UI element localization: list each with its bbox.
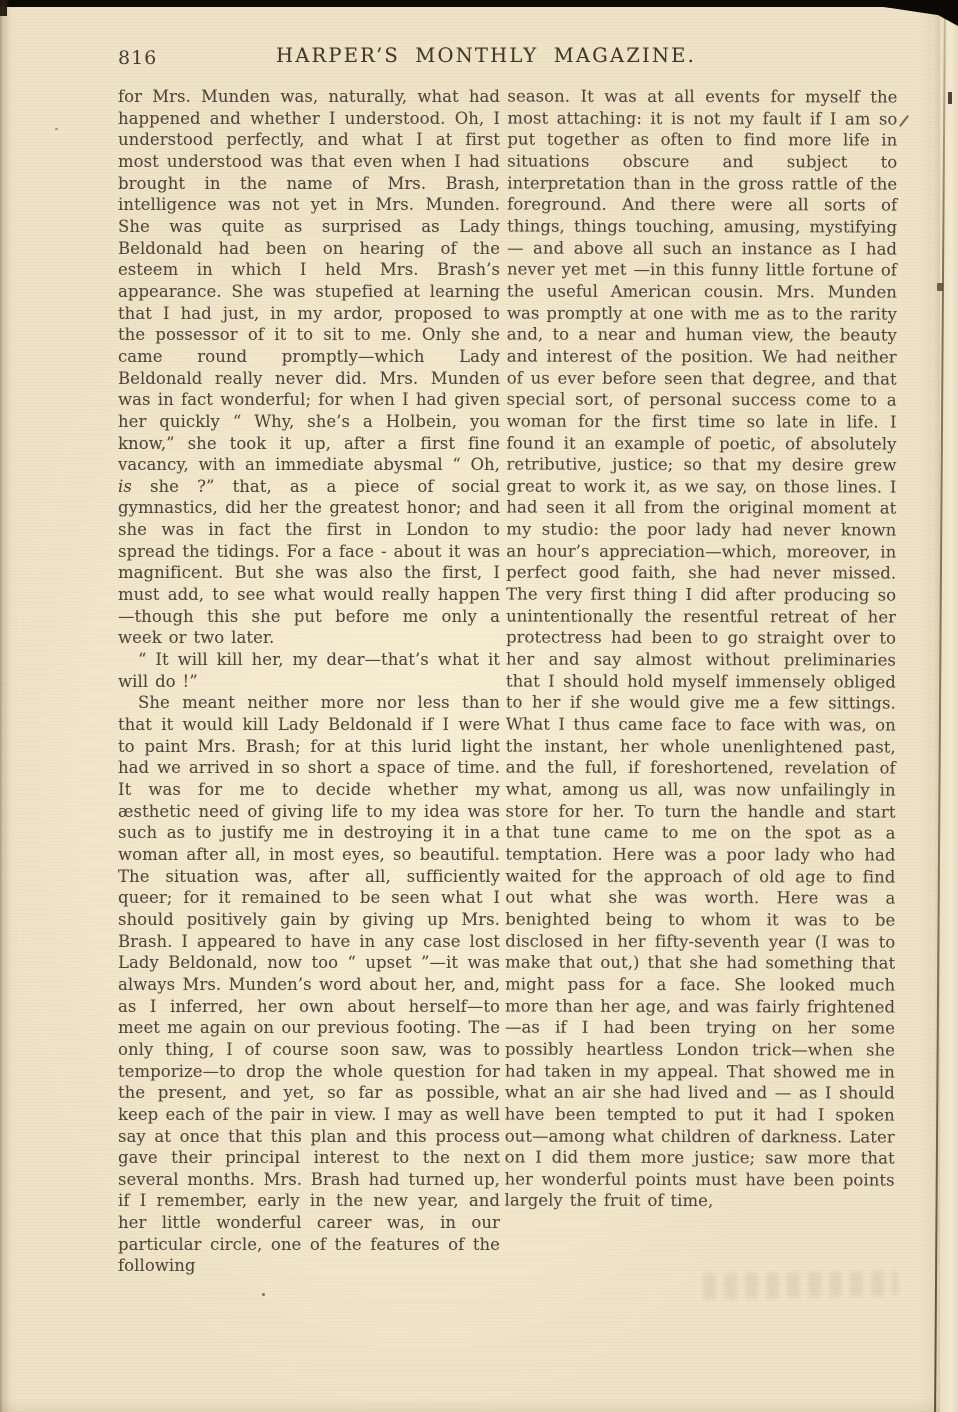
paper-speck	[55, 128, 58, 130]
showthrough-smudge	[703, 1270, 898, 1299]
edge-mark	[948, 92, 952, 104]
paragraph: She meant neither more nor less than tha…	[118, 692, 500, 1277]
left-column: for Mrs. Munden was, naturally, what had…	[118, 86, 500, 1277]
paragraph: for Mrs. Munden was, naturally, what had…	[118, 86, 500, 649]
right-column: season. It was at all events for myself …	[505, 85, 898, 1212]
scan-edge-top	[0, 0, 958, 7]
page-number: 816	[118, 47, 157, 69]
edge-bead-mark	[937, 283, 943, 291]
paragraph: season. It was at all events for myself …	[505, 85, 898, 1212]
magazine-title: HARPER’S MONTHLY MAGAZINE.	[260, 44, 712, 67]
paragraph: “ It will kill her, my dear—that’s what …	[118, 649, 500, 692]
scanned-page: 816 HARPER’S MONTHLY MAGAZINE. for Mrs. …	[0, 0, 958, 1412]
paper-speck	[262, 1293, 265, 1296]
scan-edge-left	[0, 0, 10, 1412]
